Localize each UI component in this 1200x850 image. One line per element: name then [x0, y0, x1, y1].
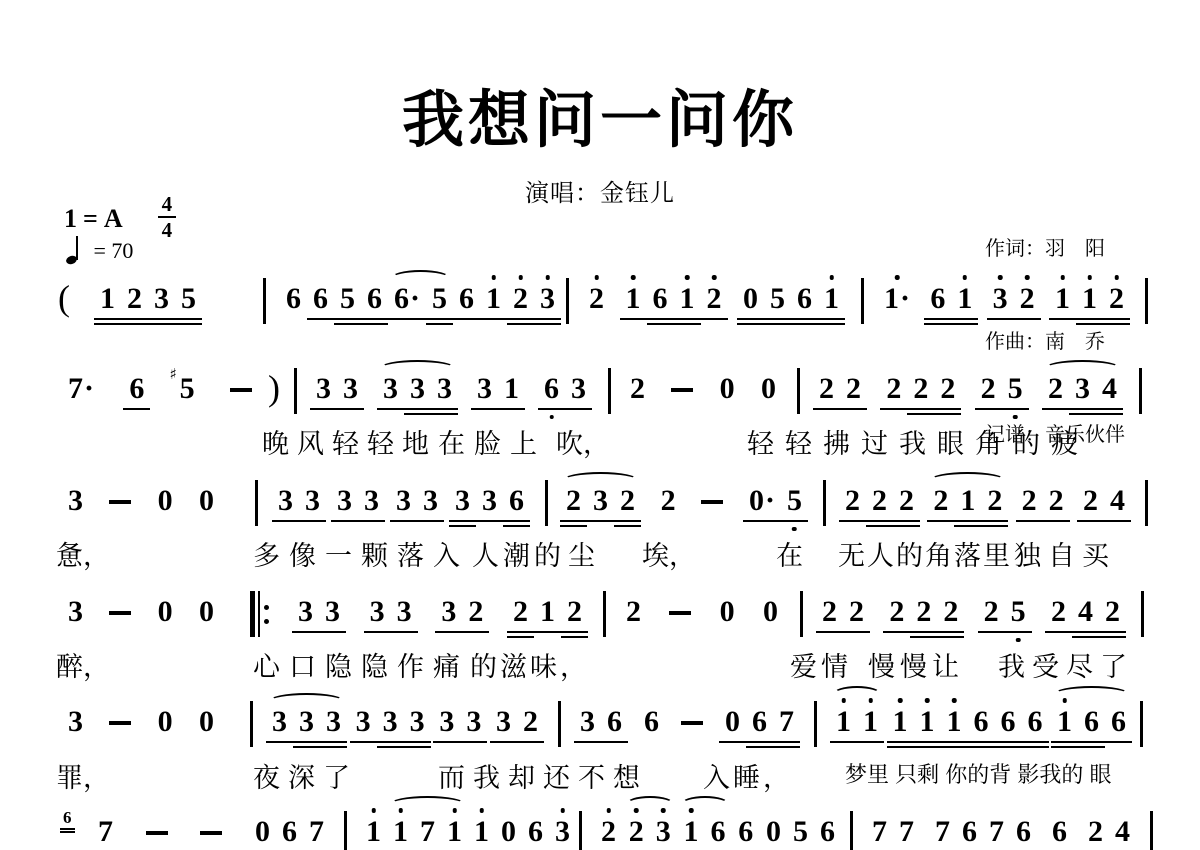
beam-group: 056	[760, 817, 841, 847]
beam-group: 6	[280, 284, 307, 314]
note: 5	[787, 817, 814, 847]
note-number: 3	[325, 595, 340, 628]
note: 6	[746, 707, 773, 737]
lyric-segment: 我受尽了	[998, 651, 1134, 683]
note-number: 0	[199, 484, 214, 517]
beam-group: 1235	[94, 284, 202, 314]
lyric-segment: 罪，	[56, 762, 110, 794]
measure: 7067	[92, 817, 330, 847]
note-number: 2	[1049, 484, 1064, 517]
note: 3	[549, 817, 576, 847]
note-number: 7	[779, 705, 794, 738]
note: 2	[507, 284, 534, 314]
note: 3	[587, 486, 614, 516]
beam-group: 0	[714, 597, 741, 627]
note: 2	[978, 597, 1005, 627]
note: 6	[1022, 707, 1049, 737]
note-number: 2	[1022, 484, 1037, 517]
note: 0	[714, 597, 741, 627]
note-number: 6	[367, 282, 382, 315]
note-number: 3	[298, 595, 313, 628]
phrase-paren: (	[58, 277, 70, 320]
beam-group: 067	[249, 817, 330, 847]
slur	[833, 686, 881, 702]
note: 6	[924, 284, 951, 314]
octave-dot-high	[631, 275, 636, 280]
note-number: 1	[366, 815, 381, 848]
barline	[1150, 811, 1153, 850]
barline	[800, 591, 803, 637]
note: 3	[320, 707, 347, 737]
note: 3	[358, 486, 385, 516]
note: 0	[755, 374, 782, 404]
note: 3	[148, 284, 175, 314]
note: 3	[310, 374, 337, 404]
note-number: 3	[656, 815, 671, 848]
note-number: 6	[394, 282, 409, 315]
note-number: 5	[432, 282, 447, 315]
note-number: 1	[1057, 705, 1072, 738]
repeat-dots	[264, 591, 269, 637]
beam-group: 234	[1042, 374, 1123, 404]
note-number: 2	[513, 595, 528, 628]
note-number: 6	[653, 282, 668, 315]
beam-group	[103, 486, 137, 504]
note: 1	[887, 707, 914, 737]
lyric-segment: 人潮的	[472, 540, 565, 572]
measure: 23220·5	[560, 486, 808, 516]
measure: 11711063	[360, 817, 570, 847]
note: 3	[319, 597, 346, 627]
barline	[250, 701, 253, 747]
beam-group	[663, 597, 697, 615]
note: 6	[647, 284, 674, 314]
lyric-segment: 夜深了	[253, 762, 358, 794]
note-number: 0	[158, 705, 173, 738]
note: 6	[1010, 817, 1037, 847]
beam-group: 0	[757, 597, 784, 627]
note: 5	[1002, 374, 1029, 404]
note-number: 6	[313, 282, 328, 315]
octave-dot-high	[963, 275, 968, 280]
note: 2	[561, 597, 588, 627]
note: 2	[883, 597, 910, 627]
note-number: 3	[68, 484, 83, 517]
note-number: 1	[393, 815, 408, 848]
measure: 300	[62, 486, 220, 516]
note: 7	[893, 817, 920, 847]
note-number: 1	[100, 282, 115, 315]
octave-dot-high	[829, 275, 834, 280]
beam-group: 7·	[62, 374, 100, 404]
note: 1	[674, 284, 701, 314]
note: 6	[123, 374, 150, 404]
beam-group: 33	[310, 374, 364, 404]
note: 2	[975, 374, 1002, 404]
note: 2	[880, 374, 907, 404]
note-number: 1	[626, 282, 641, 315]
note: 1	[534, 597, 561, 627]
note-number: 3	[455, 484, 470, 517]
note-number: 6	[820, 815, 835, 848]
note: 2	[816, 597, 843, 627]
beam-group: 6	[732, 817, 759, 847]
dash-note	[701, 500, 723, 504]
beam-group	[194, 817, 228, 835]
beam-group: 656	[307, 284, 388, 314]
augmentation-dot: ·	[410, 282, 420, 315]
note: 2	[866, 486, 893, 516]
note-number: 6	[459, 282, 474, 315]
note: 4	[1096, 374, 1123, 404]
note-number: 0	[255, 815, 270, 848]
note: 0	[719, 707, 746, 737]
octave-dot-low	[1013, 415, 1018, 420]
note: 5	[175, 284, 202, 314]
measure: 300	[62, 597, 220, 627]
beam-group: 1·	[878, 284, 916, 314]
beam-group: 212	[927, 486, 1008, 516]
beam-group: 112	[1049, 284, 1130, 314]
lyric-segment: 多像一颗落入	[253, 540, 469, 572]
octave-dot-high	[712, 275, 717, 280]
beam-group: 166	[1051, 707, 1132, 737]
note-number: 2	[899, 484, 914, 517]
note: 1	[387, 817, 414, 847]
dash-note	[146, 831, 168, 835]
octave-dot-low	[792, 527, 797, 532]
note: 6	[361, 284, 388, 314]
note-number: 2	[630, 372, 645, 405]
note: 2	[839, 486, 866, 516]
note-number: 5	[1011, 595, 1026, 628]
note-number: 2	[1051, 595, 1066, 628]
barline	[823, 480, 826, 526]
note-number: 3	[437, 372, 452, 405]
octave-dot-high	[952, 698, 957, 703]
augmentation-dot: ·	[900, 282, 910, 315]
note-number: 1	[893, 705, 908, 738]
note-number: 2	[940, 372, 955, 405]
note-number: 2	[981, 372, 996, 405]
note: 2	[517, 707, 544, 737]
beam-group: 32	[490, 707, 544, 737]
note: 2	[701, 284, 728, 314]
note-number: 6	[1052, 815, 1067, 848]
note-number: 6	[930, 282, 945, 315]
beam-group: 0	[152, 486, 179, 516]
beam-group: 222	[839, 486, 920, 516]
octave-dot-high	[518, 275, 523, 280]
measure: 333333163	[310, 374, 592, 404]
octave-dot-high	[685, 275, 690, 280]
note: 6	[995, 707, 1022, 737]
note-number: 3	[482, 484, 497, 517]
beam-group: 1	[468, 817, 495, 847]
note-number: 2	[567, 595, 582, 628]
note-number: 6	[738, 815, 753, 848]
beam-group: 63	[538, 374, 592, 404]
note-number: 5	[181, 282, 196, 315]
dash-note	[109, 500, 131, 504]
note: 5	[781, 486, 808, 516]
note-number: 2	[1048, 372, 1063, 405]
note: 3	[490, 707, 517, 737]
note-number: 2	[916, 595, 931, 628]
measure: 11111666166	[830, 707, 1132, 737]
beam-group: 2	[595, 817, 622, 847]
beam-group: 24	[1077, 486, 1131, 516]
note: 3	[650, 817, 677, 847]
note-number: 2	[872, 484, 887, 517]
note-number: 6	[286, 282, 301, 315]
octave-dot-high	[1087, 275, 1092, 280]
note-number: 6	[544, 372, 559, 405]
note-number: 3	[383, 705, 398, 738]
note: 2	[840, 374, 867, 404]
octave-dot-high	[998, 275, 1003, 280]
beam-group: 22	[816, 597, 870, 627]
barline	[344, 811, 347, 850]
measure: 2222225242	[816, 597, 1126, 627]
note-number: 1	[947, 705, 962, 738]
lyric-segment: 独自买	[1014, 540, 1116, 572]
note-number: 3	[441, 595, 456, 628]
lyric-segment: 尘	[568, 540, 595, 572]
note: 6	[60, 809, 75, 826]
note-number: 2	[984, 595, 999, 628]
beam-group: 6123	[453, 284, 561, 314]
note-number: 2	[513, 282, 528, 315]
note: 2	[813, 374, 840, 404]
note: 0	[193, 707, 220, 737]
note: 6	[814, 817, 841, 847]
measure: 366067	[574, 707, 800, 737]
slur	[681, 796, 729, 812]
octave-dot-low	[549, 415, 554, 420]
note: 3	[299, 486, 326, 516]
note-number: 3	[299, 705, 314, 738]
note: 1	[954, 486, 981, 516]
note-number: 3	[272, 705, 287, 738]
note: 3	[987, 284, 1014, 314]
lyric-segment: 慢慢让	[868, 651, 964, 683]
measure: 2222122224	[839, 486, 1131, 516]
beam-group	[665, 374, 699, 392]
note: 2	[620, 597, 647, 627]
note-number: 5	[787, 484, 802, 517]
lyric-segment: 的滋味，	[470, 651, 590, 683]
note-number: 5	[770, 282, 785, 315]
note: 0	[760, 817, 787, 847]
note: 3	[449, 486, 476, 516]
note: 0·	[743, 486, 781, 516]
measure: 7·6♯5	[62, 374, 258, 404]
note: 3	[476, 486, 503, 516]
repeat-thick-bar	[250, 591, 255, 637]
note-number: 1	[1082, 282, 1097, 315]
measure: 1235	[94, 284, 222, 314]
barline	[1139, 368, 1142, 414]
note: 4	[1072, 597, 1099, 627]
note: 6	[956, 817, 983, 847]
octave-dot-high	[371, 808, 376, 813]
note: 2	[937, 597, 964, 627]
beam-group: 0	[755, 374, 782, 404]
octave-dot-high	[634, 808, 639, 813]
note: 2	[1043, 486, 1070, 516]
note-number: 3	[580, 705, 595, 738]
barline	[255, 480, 258, 526]
beam-group: 6	[638, 707, 665, 737]
beam-group: 33	[364, 597, 418, 627]
note-number: 3	[555, 815, 570, 848]
note: 7·	[62, 374, 100, 404]
repeat-thin-bar	[258, 591, 261, 637]
beam-group: 0561	[737, 284, 845, 314]
beam-group: 0	[714, 374, 741, 404]
note: 0	[152, 597, 179, 627]
note-number: 2	[1105, 595, 1120, 628]
beam-group: 32	[435, 597, 489, 627]
note-number: 6	[63, 808, 72, 827]
measure: 66566·56123	[280, 284, 558, 314]
note-number: 6	[962, 815, 977, 848]
note-number: 7	[899, 815, 914, 848]
measure: 300	[62, 707, 220, 737]
note-number: 5	[180, 372, 195, 405]
measure: 333332212	[292, 597, 588, 627]
note: 3	[391, 597, 418, 627]
note: 0	[757, 597, 784, 627]
note: 2	[1045, 597, 1072, 627]
note-number: 6	[644, 705, 659, 738]
octave-dot-high	[606, 808, 611, 813]
octave-dot-high	[689, 808, 694, 813]
beam-group	[103, 707, 137, 725]
note: 2	[1077, 486, 1104, 516]
measure: 2222225234	[813, 374, 1123, 404]
beam-group: 33	[272, 486, 326, 516]
lyric-segment: 醉，	[56, 651, 110, 683]
beam-group: 22	[813, 374, 867, 404]
note-number: 6	[282, 815, 297, 848]
note-number: 6	[607, 705, 622, 738]
note-number: 6	[509, 484, 524, 517]
repeat-sign	[250, 591, 269, 637]
note: 4	[1109, 817, 1136, 847]
octave-dot-high	[452, 808, 457, 813]
note-number: 1	[836, 705, 851, 738]
beam-group: 1612	[620, 284, 728, 314]
note-number: 3	[496, 705, 511, 738]
note: 3	[337, 374, 364, 404]
note-number: 7	[935, 815, 950, 848]
barline	[263, 278, 266, 324]
octave-dot-high	[841, 698, 846, 703]
note-number: 2	[566, 484, 581, 517]
note-number: 2	[1088, 815, 1103, 848]
beam-group: 222	[880, 374, 961, 404]
lyric-segment: 在脸上	[438, 428, 546, 460]
note: 3	[435, 597, 462, 627]
note: 1	[441, 817, 468, 847]
note-number: 6	[1111, 705, 1126, 738]
note: 0	[152, 486, 179, 516]
note: 0	[152, 707, 179, 737]
beam-group: 0	[193, 597, 220, 627]
note-number: 1	[1055, 282, 1070, 315]
measure: 216120561	[583, 284, 845, 314]
note: 6	[453, 284, 480, 314]
octave-dot-high	[1060, 275, 1065, 280]
note-number: 1	[504, 372, 519, 405]
note-number: 2	[707, 282, 722, 315]
note-number: 3	[410, 372, 425, 405]
beam-group: 2	[624, 374, 651, 404]
note: 2	[1042, 374, 1069, 404]
note-number: 3	[154, 282, 169, 315]
note-number: 2	[468, 595, 483, 628]
barline	[566, 278, 569, 324]
note: 2	[614, 486, 641, 516]
note: 4	[1104, 486, 1131, 516]
note: 1	[468, 817, 495, 847]
beam-group: 2	[655, 486, 682, 516]
note: 2	[981, 486, 1008, 516]
note: 2	[893, 486, 920, 516]
octave-dot-high	[491, 275, 496, 280]
dash-note	[109, 611, 131, 615]
note-number: 3	[278, 484, 293, 517]
barline	[294, 368, 297, 414]
beam-group: 3	[62, 707, 89, 737]
beam-group	[695, 486, 729, 504]
note-number: 6	[528, 815, 543, 848]
note: 2	[507, 597, 534, 627]
measure: 200	[624, 374, 782, 404]
score-area: (123566566·561232161205611·61321127·6♯5)…	[0, 0, 1200, 850]
barline	[545, 480, 548, 526]
lyric-segment: 埃，	[642, 540, 696, 572]
note: 2	[624, 374, 651, 404]
note-number: 6	[1016, 815, 1031, 848]
note-number: 3	[343, 372, 358, 405]
note: 3	[404, 374, 431, 404]
note-number: 1	[447, 815, 462, 848]
note: 6	[968, 707, 995, 737]
barline	[558, 701, 561, 747]
note-number: 1	[863, 705, 878, 738]
note-number: 0	[761, 372, 776, 405]
barline	[861, 278, 864, 324]
note: 3	[431, 374, 458, 404]
barline	[608, 368, 611, 414]
note-number: 3	[396, 484, 411, 517]
barline	[1141, 591, 1144, 637]
beam-group: ♯5	[174, 374, 201, 404]
note: 0	[495, 817, 522, 847]
note: 3	[471, 374, 498, 404]
note: 6	[1105, 707, 1132, 737]
beam-group: 33	[331, 486, 385, 516]
note-number: 6	[1084, 705, 1099, 738]
note-number: 3	[337, 484, 352, 517]
grace-note: 6	[60, 809, 75, 828]
beam-group: 0	[152, 597, 179, 627]
lyric-segment: 惫，	[56, 540, 110, 572]
note: 1	[1076, 284, 1103, 314]
